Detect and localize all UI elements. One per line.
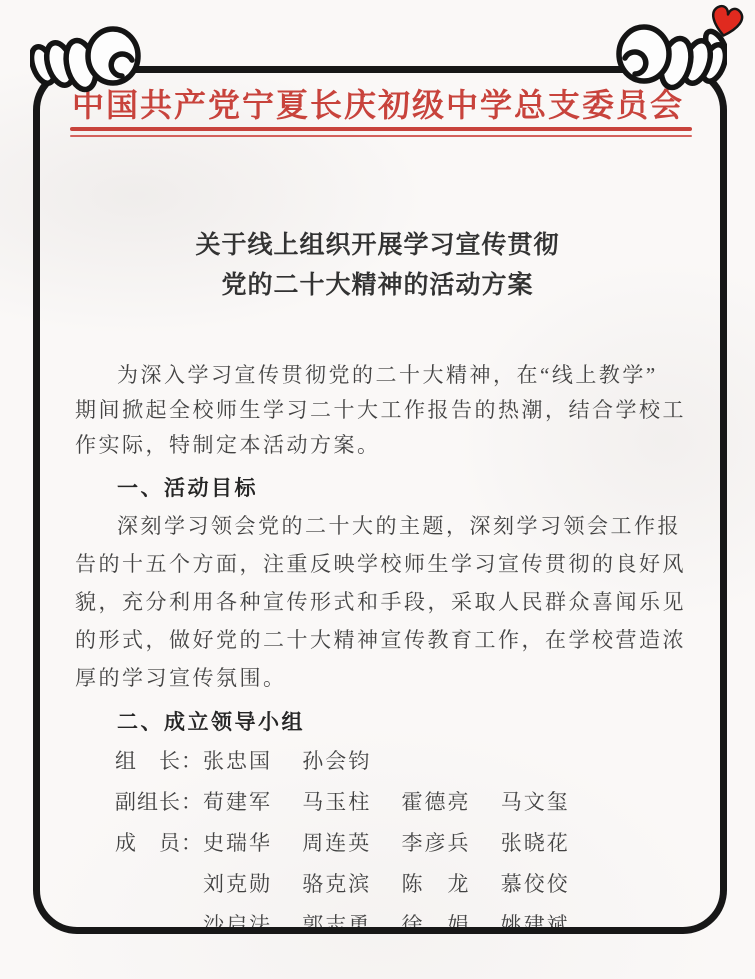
- paragraph-line: 貌，充分利用各种宣传形式和手段，采取人民群众喜闻乐见: [75, 583, 700, 621]
- org-title-underline: [70, 127, 692, 137]
- paragraph-line: 深刻学习领会党的二十大的主题，深刻学习领会工作报: [75, 507, 700, 545]
- paragraph-line: 的形式，做好党的二十大精神宣传教育工作，在学校营造浓: [75, 621, 700, 659]
- document-body: 为深入学习宣传贯彻党的二十大精神，在“线上教学” 期间掀起全校师生学习二十大工作…: [75, 358, 700, 946]
- paragraph-line: 告的十五个方面，注重反映学校师生学习宣传贯彻的良好风: [75, 545, 700, 583]
- roster-names: 张忠国 孙会钧: [203, 749, 371, 773]
- heart-icon: [705, 1, 748, 43]
- paragraph-line: 作实际，特制定本活动方案。: [75, 428, 700, 463]
- roster-names: 沙启法 郭志勇 徐 娟 姚建斌: [203, 913, 570, 937]
- page-root: { "colors": { "accent_red": "#c8433c", "…: [0, 0, 755, 979]
- roster-label: 成 员：: [115, 823, 203, 864]
- paragraph-line: 厚的学习宣传氛围。: [75, 659, 700, 697]
- roster-names: 刘克勋 骆克滨 陈 龙 慕佼佼: [203, 872, 570, 896]
- roster-names: 荀建军 马玉柱 霍德亮 马文玺: [203, 790, 570, 814]
- roster-row: 沙启法 郭志勇 徐 娟 姚建斌: [75, 905, 700, 946]
- roster-label: 副组长：: [115, 782, 203, 823]
- section-heading-1: 一、活动目标: [75, 469, 700, 507]
- roster-row: 刘克勋 骆克滨 陈 龙 慕佼佼: [75, 864, 700, 905]
- section-heading-2: 二、成立领导小组: [75, 703, 700, 741]
- roster-row: 组 长：张忠国 孙会钧: [75, 741, 700, 782]
- roster-row: 成 员：史瑞华 周连英 李彦兵 张晓花: [75, 823, 700, 864]
- roster-row: 副组长：荀建军 马玉柱 霍德亮 马文玺: [75, 782, 700, 823]
- hand-left-icon: [30, 24, 180, 94]
- paragraph-line: 期间掀起全校师生学习二十大工作报告的热潮，结合学校工: [75, 393, 700, 428]
- document-title: 关于线上组织开展学习宣传贯彻 党的二十大精神的活动方案: [0, 226, 755, 306]
- roster-names: 史瑞华 周连英 李彦兵 张晓花: [203, 831, 570, 855]
- roster-label: 组 长：: [115, 741, 203, 782]
- document-title-line-1: 关于线上组织开展学习宣传贯彻: [0, 226, 755, 266]
- document-title-line-2: 党的二十大精神的活动方案: [0, 266, 755, 306]
- paragraph-line: 为深入学习宣传贯彻党的二十大精神，在“线上教学”: [75, 358, 700, 393]
